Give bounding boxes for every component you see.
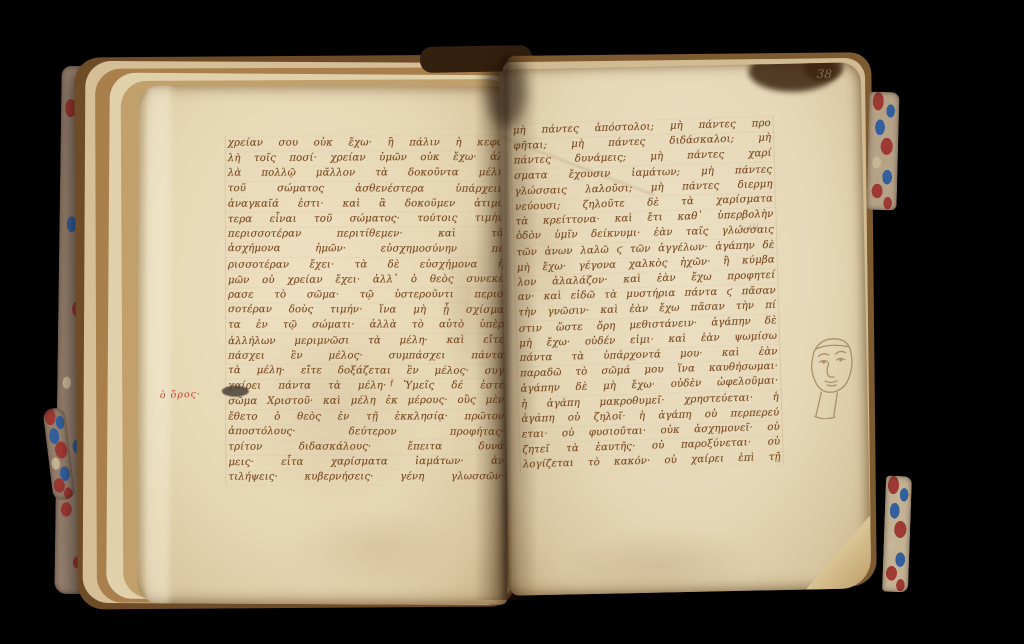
red-marginal-note: ὁ ὅρος· xyxy=(160,389,201,401)
left-page-text-block: χρείαν σου οὐκ ἔχω· ἢ πάλιν ἡ κεφα λὴ το… xyxy=(225,135,508,485)
manuscript-text-line: τρίτον διδασκάλους· ἔπειτα δυνά xyxy=(228,439,504,455)
right-page-text-block: μὴ πάντες ἀπόστολοι; μὴ πάντες προ φῆται… xyxy=(510,116,784,473)
manuscript-text-line: τοῦ σώματος ἀσθενέστερα ὑπάρχειν xyxy=(228,181,504,197)
dog-ear-fold xyxy=(798,510,872,592)
photo-background: χρείαν σου οὐκ ἔχω· ἢ πάλιν ἡ κεφα λὴ το… xyxy=(0,0,1024,644)
manuscript-text-line: χρείαν σου οὐκ ἔχω· ἢ πάλιν ἡ κεφα xyxy=(228,135,504,151)
manuscript-text-line: ἀσχήμονα ἡμῶν· εὐσχημοσύνην πε xyxy=(228,241,504,257)
gutter-top-shadow xyxy=(486,56,526,126)
manuscript-text-line: τα ἐν τῷ σώματι· ἀλλὰ τὸ αὐτὸ ὑπὲρ xyxy=(228,318,504,334)
manuscript-text-line: ἀλλήλων μεριμνῶσι τὰ μέλη· καὶ εἴτε xyxy=(228,332,504,349)
manuscript-text-line: ρισσοτέραν ἔχει· τὰ δὲ εὐσχήμονα ἡ xyxy=(228,257,504,273)
manuscript-text-line: ἀποστόλους· δεύτερον προφήτας· xyxy=(228,424,504,440)
manuscript-text-line: χαίρει πάντα τὰ μέλη· Ὑμεῖς δέ ἐστε xyxy=(228,378,504,394)
right-cover-marbled-edge-top xyxy=(866,92,899,211)
manuscript-text-line: λὴ τοῖς ποσί· χρείαν ὑμῶν οὐκ ἔχω· ἀλ xyxy=(228,150,504,167)
manuscript-text-line: περισσοτέραν περιτίθεμεν· καὶ τὰ xyxy=(228,226,504,242)
manuscript-text-line: σοτέραν δοὺς τιμήν· ἵνα μὴ ᾖ σχίσμα xyxy=(228,302,504,318)
manuscript-text-line: πάσχει ἓν μέλος· συμπάσχει πάντα xyxy=(228,348,504,364)
left-page: χρείαν σου οὐκ ἔχω· ἢ πάλιν ἡ κεφα λὴ το… xyxy=(137,85,509,604)
manuscript-text-line: ἔθετο ὁ θεὸς ἐν τῇ ἐκκλησίᾳ· πρῶτον xyxy=(228,409,504,425)
folio-number: 38 xyxy=(816,67,832,82)
manuscript-text-line: σῶμα Χριστοῦ· καὶ μέλη ἐκ μέρους· οὓς μὲ… xyxy=(228,393,504,410)
stain xyxy=(287,506,457,587)
stain xyxy=(558,525,760,596)
manuscript-text-line: ἀναγκαῖά ἐστι· καὶ ἃ δοκοῦμεν ἀτιμό xyxy=(228,196,504,212)
manuscript-text-line: λὰ πολλῷ μᾶλλον τὰ δοκοῦντα μέλη xyxy=(228,166,504,182)
manuscript-text-line: τὰ μέλη· εἴτε δοξάζεται ἓν μέλος· συγ xyxy=(228,363,504,379)
right-page: 38 x iii μὴ πάντες ἀπόστολοι; μὴ πάντες … xyxy=(499,62,872,595)
manuscript-text-line: ρασε τὸ σῶμα· τῷ ὑστεροῦντι περισ xyxy=(228,287,504,303)
manuscript-text-line: μεις· εἶτα χαρίσματα ἰαμάτων· ἀν xyxy=(228,454,504,471)
gutter-shadow xyxy=(474,54,538,600)
vellum-guard-strip xyxy=(145,85,171,603)
right-cover-marbled-edge-bottom xyxy=(882,476,912,593)
red-inline-mark: ϯ xyxy=(390,378,393,389)
ink-blot xyxy=(222,386,249,397)
manuscript-text-line: τερα εἶναι τοῦ σώματος· τούτοις τιμὴν xyxy=(228,211,504,228)
manuscript-text-line: μῶν οὐ χρείαν ἔχει· ἀλλ᾽ ὁ θεὸς συνεκέ xyxy=(228,272,504,289)
manuscript-text-line: τιλήψεις· κυβερνήσεις· γένη γλωσσῶν· xyxy=(228,470,504,486)
face-doodle xyxy=(796,330,864,419)
